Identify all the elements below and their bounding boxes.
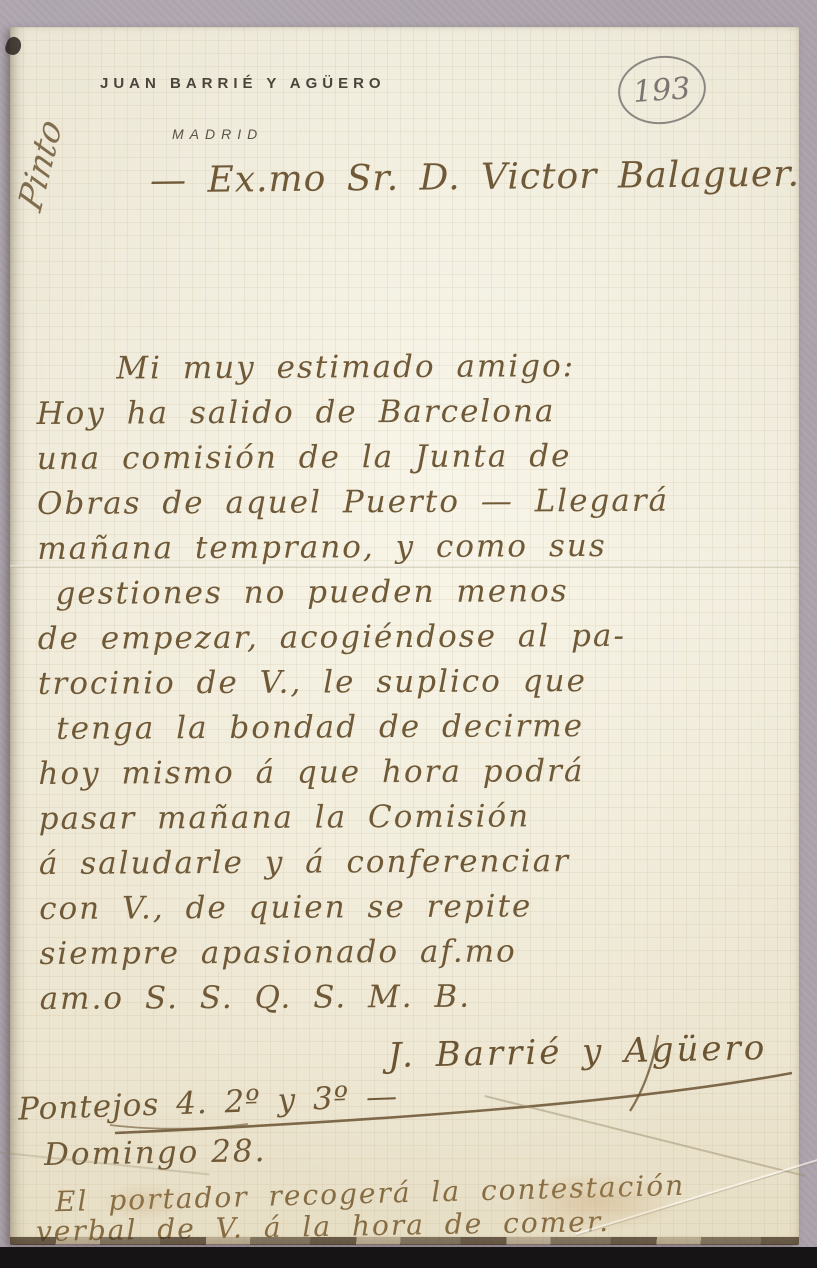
paper-stain <box>510 1172 680 1232</box>
body-line: tenga la bondad de decirme <box>38 703 786 752</box>
letter-body: Mi muy estimado amigo: Hoy ha salido de … <box>36 343 788 1022</box>
letter-page: JUAN BARRIÉ Y AGÜERO MADRID Pinto 193 — … <box>10 27 799 1244</box>
body-line: trocinio de V., le suplico que <box>38 658 786 707</box>
archival-number-badge: 193 <box>614 51 710 129</box>
signature: J. Barrié y Agüero <box>388 1028 768 1076</box>
scan-black-strip <box>0 1247 817 1268</box>
margin-annotation: Pinto <box>12 112 70 217</box>
body-line: siempre apasionado af.mo <box>39 928 787 977</box>
body-line: Mi muy estimado amigo: <box>36 343 784 392</box>
fold-crease <box>485 1095 806 1177</box>
body-line: con V., de quien se repite <box>39 883 787 932</box>
scan-background: JUAN BARRIÉ Y AGÜERO MADRID Pinto 193 — … <box>0 0 817 1268</box>
body-line: gestiones no pueden menos <box>37 568 785 617</box>
paper-stain <box>100 1182 190 1222</box>
body-line: hoy mismo á que hora podrá <box>38 748 786 797</box>
body-line: Obras de aquel Puerto — Llegará <box>37 478 785 527</box>
archival-number: 193 <box>632 71 692 110</box>
body-line: de empezar, acogiéndose al pa- <box>38 613 786 662</box>
body-line: am.o S. S. Q. S. M. B. <box>40 973 788 1022</box>
fold-crease <box>10 565 799 568</box>
body-line: una comisión de la Junta de <box>37 433 785 482</box>
address-line: Pontejos 4. 2º y 3º — <box>17 1078 398 1127</box>
body-line: á saludarle y á conferenciar <box>39 838 787 887</box>
body-line: pasar mañana la Comisión <box>39 793 787 842</box>
salutation-line: — Ex.mo Sr. D. Victor Balaguer. <box>150 154 800 202</box>
letterhead-name: JUAN BARRIÉ Y AGÜERO <box>100 75 386 92</box>
torn-bottom-edge <box>10 1237 799 1245</box>
paper-edge-mark <box>3 35 23 57</box>
body-line: Hoy ha salido de Barcelona <box>36 388 784 437</box>
letterhead-city: MADRID <box>172 126 263 142</box>
